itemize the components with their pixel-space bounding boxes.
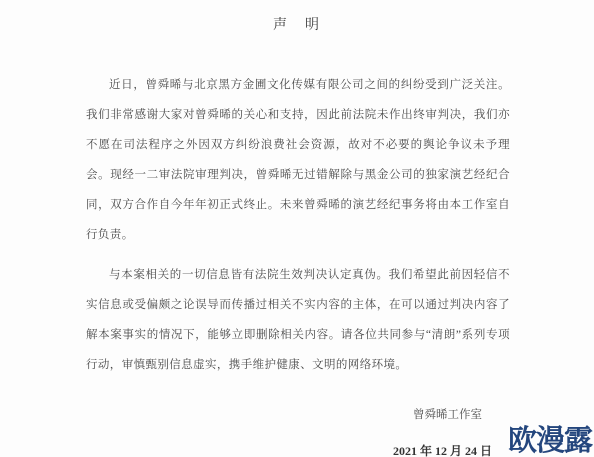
document-title: 声 明 — [0, 14, 594, 34]
signature-studio-name: 曾舜晞工作室 — [0, 406, 594, 422]
paragraph-2: 与本案相关的一切信息皆有法院生效判决认定真伪。我们希望此前因轻信不实信息或受偏颇… — [86, 260, 510, 380]
document-date: 2021 年 12 月 24 日 — [0, 442, 594, 457]
watermark: 欧漫露 — [508, 424, 592, 457]
document-body: 近日，曾舜晞与北京黑方金圃文化传媒有限公司之间的纠纷受到广泛关注。我们非常感谢大… — [86, 70, 510, 380]
paragraph-1: 近日，曾舜晞与北京黑方金圃文化传媒有限公司之间的纠纷受到广泛关注。我们非常感谢大… — [86, 70, 510, 250]
statement-document: 声 明 近日，曾舜晞与北京黑方金圃文化传媒有限公司之间的纠纷受到广泛关注。我们非… — [0, 0, 594, 457]
